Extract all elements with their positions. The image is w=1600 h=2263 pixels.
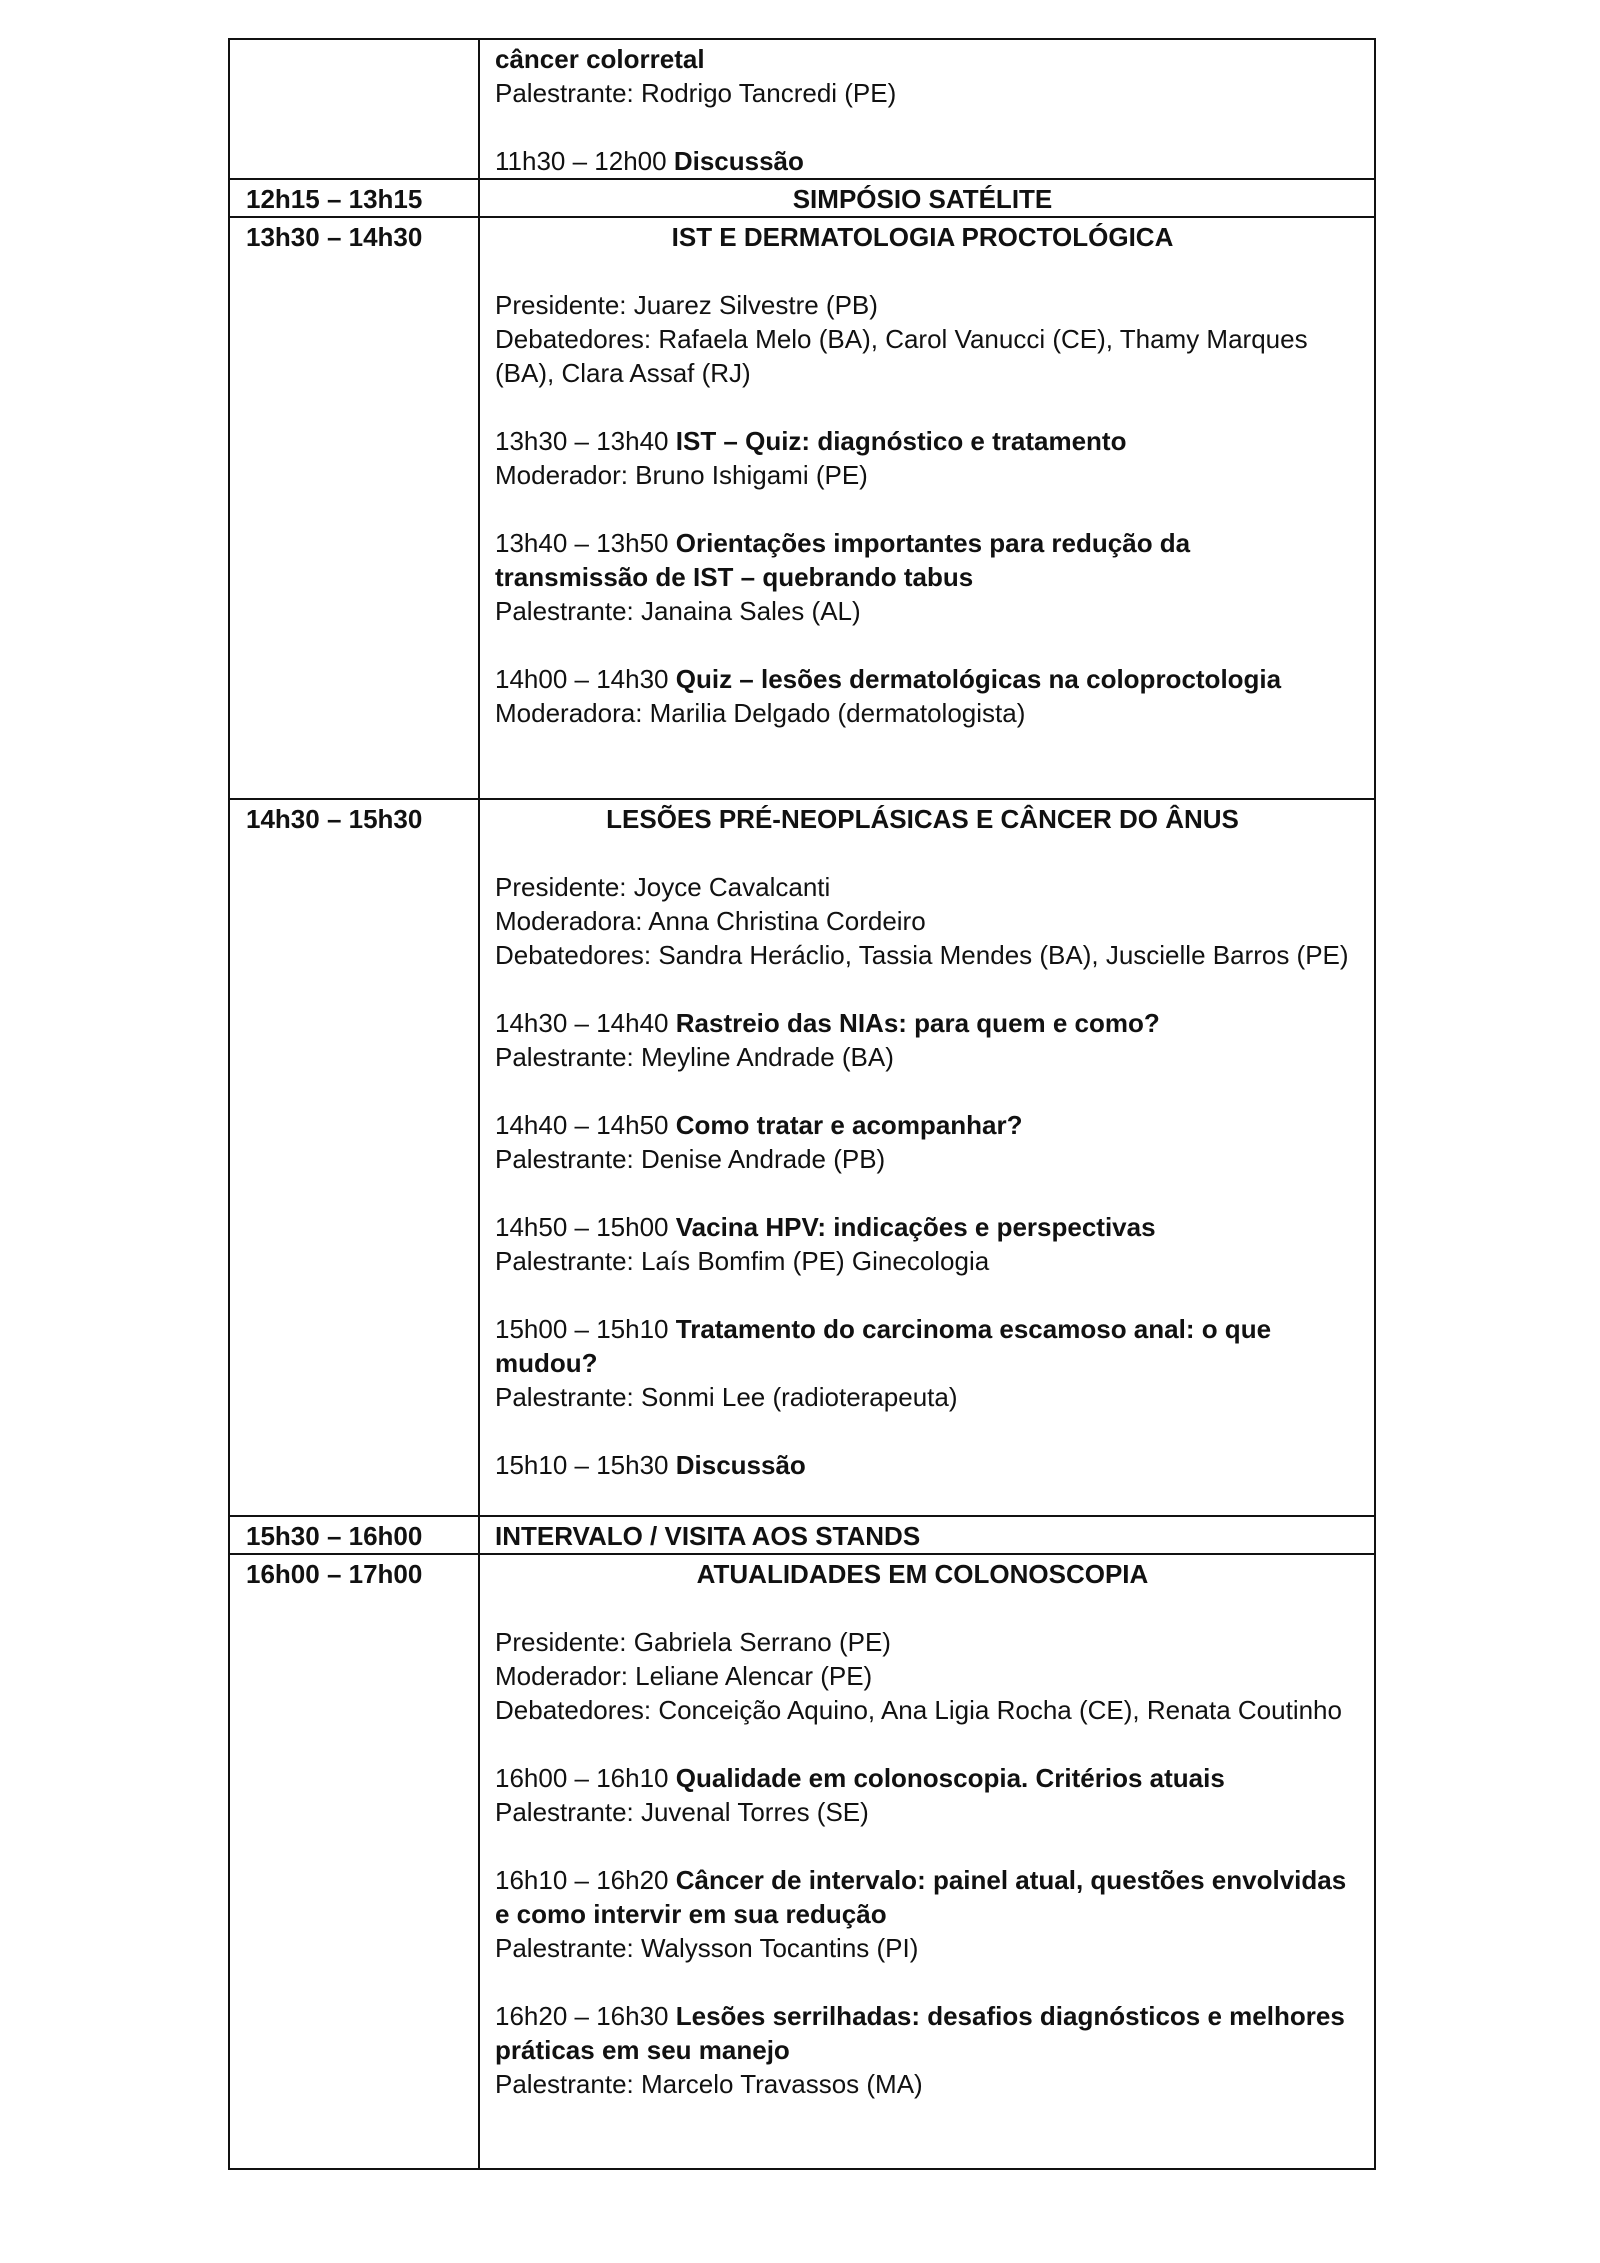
role-line: Presidente: Gabriela Serrano (PE) — [495, 1625, 1350, 1659]
speaker-line: Moderador: Bruno Ishigami (PE) — [495, 458, 1350, 492]
time-cell: 14h30 – 15h30 — [229, 799, 479, 1516]
speaker-line: Palestrante: Marcelo Travassos (MA) — [495, 2067, 1350, 2101]
schedule-row: câncer colorretal Palestrante: Rodrigo T… — [229, 39, 1375, 179]
talk-title: Rastreio das NIAs: para quem e como? — [676, 1008, 1160, 1038]
speaker-line: Palestrante: Janaina Sales (AL) — [495, 594, 1350, 628]
talk-time: 16h00 – 16h10 — [495, 1763, 669, 1793]
talk-time: 14h30 – 14h40 — [495, 1008, 669, 1038]
talk-title: Qualidade em colonoscopia. Critérios atu… — [676, 1763, 1225, 1793]
talk-line: 14h00 – 14h30 Quiz – lesões dermatológic… — [495, 662, 1350, 696]
session-title: SIMPÓSIO SATÉLITE — [495, 182, 1350, 216]
session-title: IST E DERMATOLOGIA PROCTOLÓGICA — [495, 220, 1350, 254]
session-title: ATUALIDADES EM COLONOSCOPIA — [495, 1557, 1350, 1591]
closing-time: 11h30 – 12h00 — [495, 146, 667, 176]
closing-line: 11h30 – 12h00 Discussão — [495, 144, 1350, 178]
role-line: Debatedores: Rafaela Melo (BA), Carol Va… — [495, 322, 1350, 390]
role-line: Moderadora: Anna Christina Cordeiro — [495, 904, 1350, 938]
talk-line: 15h00 – 15h10 Tratamento do carcinoma es… — [495, 1312, 1350, 1380]
talk-time: 13h40 – 13h50 — [495, 528, 669, 558]
time-cell: 13h30 – 14h30 — [229, 217, 479, 799]
schedule-row: 15h30 – 16h00 INTERVALO / VISITA AOS STA… — [229, 1516, 1375, 1554]
talk-title-continuation: câncer colorretal — [495, 42, 1350, 76]
talk-time: 14h00 – 14h30 — [495, 664, 669, 694]
closing-title: Discussão — [674, 146, 804, 176]
talk-line: 14h30 – 14h40 Rastreio das NIAs: para qu… — [495, 1006, 1350, 1040]
talk-time: 14h50 – 15h00 — [495, 1212, 669, 1242]
session-title: INTERVALO / VISITA AOS STANDS — [495, 1519, 1350, 1553]
speaker-line: Palestrante: Walysson Tocantins (PI) — [495, 1931, 1350, 1965]
closing-time: 15h10 – 15h30 — [495, 1450, 669, 1480]
talk-line: 16h20 – 16h30 Lesões serrilhadas: desafi… — [495, 1999, 1350, 2067]
talk-line: 16h00 – 16h10 Qualidade em colonoscopia.… — [495, 1761, 1350, 1795]
talk-line: 16h10 – 16h20 Câncer de intervalo: paine… — [495, 1863, 1350, 1931]
content-cell: ATUALIDADES EM COLONOSCOPIA Presidente: … — [479, 1554, 1375, 2169]
talk-line: 14h50 – 15h00 Vacina HPV: indicações e p… — [495, 1210, 1350, 1244]
content-cell: câncer colorretal Palestrante: Rodrigo T… — [479, 39, 1375, 179]
content-cell: INTERVALO / VISITA AOS STANDS — [479, 1516, 1375, 1554]
time-cell: 15h30 – 16h00 — [229, 1516, 479, 1554]
role-line: Presidente: Juarez Silvestre (PB) — [495, 288, 1350, 322]
talk-title: Quiz – lesões dermatológicas na coloproc… — [676, 664, 1281, 694]
speaker-line: Moderadora: Marilia Delgado (dermatologi… — [495, 696, 1350, 730]
talk-line: 13h40 – 13h50 Orientações importantes pa… — [495, 526, 1350, 594]
speaker-line: Palestrante: Rodrigo Tancredi (PE) — [495, 76, 1350, 110]
speaker-line: Palestrante: Juvenal Torres (SE) — [495, 1795, 1350, 1829]
speaker-line: Palestrante: Meyline Andrade (BA) — [495, 1040, 1350, 1074]
role-line: Debatedores: Sandra Heráclio, Tassia Men… — [495, 938, 1350, 972]
talk-time: 13h30 – 13h40 — [495, 426, 669, 456]
content-cell: SIMPÓSIO SATÉLITE — [479, 179, 1375, 217]
talk-title: Como tratar e acompanhar? — [676, 1110, 1023, 1140]
talk-time: 16h20 – 16h30 — [495, 2001, 669, 2031]
talk-time: 15h00 – 15h10 — [495, 1314, 669, 1344]
content-cell: IST E DERMATOLOGIA PROCTOLÓGICA Presiden… — [479, 217, 1375, 799]
speaker-line: Palestrante: Laís Bomfim (PE) Ginecologi… — [495, 1244, 1350, 1278]
schedule-row: 14h30 – 15h30 LESÕES PRÉ-NEOPLÁSICAS E C… — [229, 799, 1375, 1516]
document-page: câncer colorretal Palestrante: Rodrigo T… — [0, 0, 1600, 2263]
closing-title: Discussão — [676, 1450, 806, 1480]
role-line: Moderador: Leliane Alencar (PE) — [495, 1659, 1350, 1693]
time-cell: 16h00 – 17h00 — [229, 1554, 479, 2169]
speaker-line: Palestrante: Denise Andrade (PB) — [495, 1142, 1350, 1176]
closing-line: 15h10 – 15h30 Discussão — [495, 1448, 1350, 1482]
content-cell: LESÕES PRÉ-NEOPLÁSICAS E CÂNCER DO ÂNUS … — [479, 799, 1375, 1516]
session-title: LESÕES PRÉ-NEOPLÁSICAS E CÂNCER DO ÂNUS — [495, 802, 1350, 836]
talk-line: 13h30 – 13h40 IST – Quiz: diagnóstico e … — [495, 424, 1350, 458]
time-cell — [229, 39, 479, 179]
talk-title: IST – Quiz: diagnóstico e tratamento — [676, 426, 1127, 456]
schedule-row: 12h15 – 13h15 SIMPÓSIO SATÉLITE — [229, 179, 1375, 217]
talk-title: Vacina HPV: indicações e perspectivas — [676, 1212, 1156, 1242]
speaker-line: Palestrante: Sonmi Lee (radioterapeuta) — [495, 1380, 1350, 1414]
schedule-row: 13h30 – 14h30 IST E DERMATOLOGIA PROCTOL… — [229, 217, 1375, 799]
talk-time: 16h10 – 16h20 — [495, 1865, 669, 1895]
talk-time: 14h40 – 14h50 — [495, 1110, 669, 1140]
talk-line: 14h40 – 14h50 Como tratar e acompanhar? — [495, 1108, 1350, 1142]
schedule-table: câncer colorretal Palestrante: Rodrigo T… — [228, 38, 1376, 2170]
time-cell: 12h15 – 13h15 — [229, 179, 479, 217]
schedule-row: 16h00 – 17h00 ATUALIDADES EM COLONOSCOPI… — [229, 1554, 1375, 2169]
role-line: Presidente: Joyce Cavalcanti — [495, 870, 1350, 904]
role-line: Debatedores: Conceição Aquino, Ana Ligia… — [495, 1693, 1350, 1727]
